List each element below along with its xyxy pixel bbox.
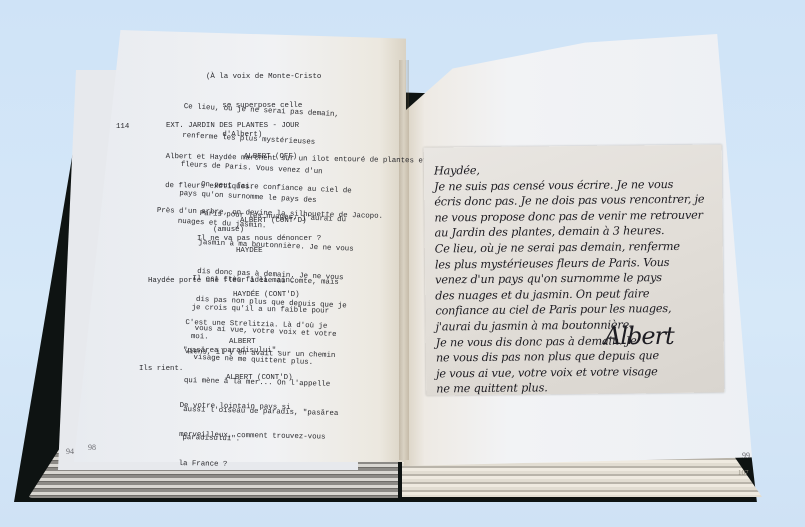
under-page-number-left: 94	[66, 447, 74, 456]
photo-scene: 94 (À la voix de Monte-Cristo se superpo…	[0, 0, 805, 527]
character-cue: ALBERT (CONT'D)	[240, 217, 307, 227]
letter-line: ne me quittent plus.	[436, 379, 721, 398]
character-cue: ALBERT (CONT'D)	[226, 374, 293, 384]
scene-heading: EXT. JARDIN DES PLANTES - JOUR	[166, 122, 299, 132]
dialogue-line: "pasărea paradisului".	[183, 347, 281, 357]
page-number-left: 98	[88, 443, 96, 452]
page-number-right: 99	[742, 451, 750, 460]
book-gutter	[399, 60, 409, 460]
character-cue: ALBERT (OFF)	[244, 153, 297, 163]
under-page-number-right: 107	[738, 469, 749, 477]
action-line: Haydée porte une fleur à la main.	[148, 277, 294, 287]
character-cue: HAYDÉE (CONT'D)	[233, 291, 300, 301]
character-cue: HAYDÉE	[236, 247, 263, 257]
letter-body: Haydée, Je ne suis pas censé vous écrire…	[434, 160, 721, 397]
scene-number: 114	[116, 123, 129, 133]
dialogue-line: Il ne va pas nous dénoncer ?	[197, 235, 321, 245]
handwritten-letter: Haydée, Je ne suis pas censé vous écrire…	[424, 144, 725, 395]
dialogue-block: De votre lointain pays si merveilleux, c…	[178, 383, 326, 491]
letter-signature: Albert	[604, 322, 674, 350]
action-line: Ils rient.	[139, 365, 183, 375]
letter-line: Ce lieu, où je ne serai pas demain, renf…	[435, 238, 720, 257]
